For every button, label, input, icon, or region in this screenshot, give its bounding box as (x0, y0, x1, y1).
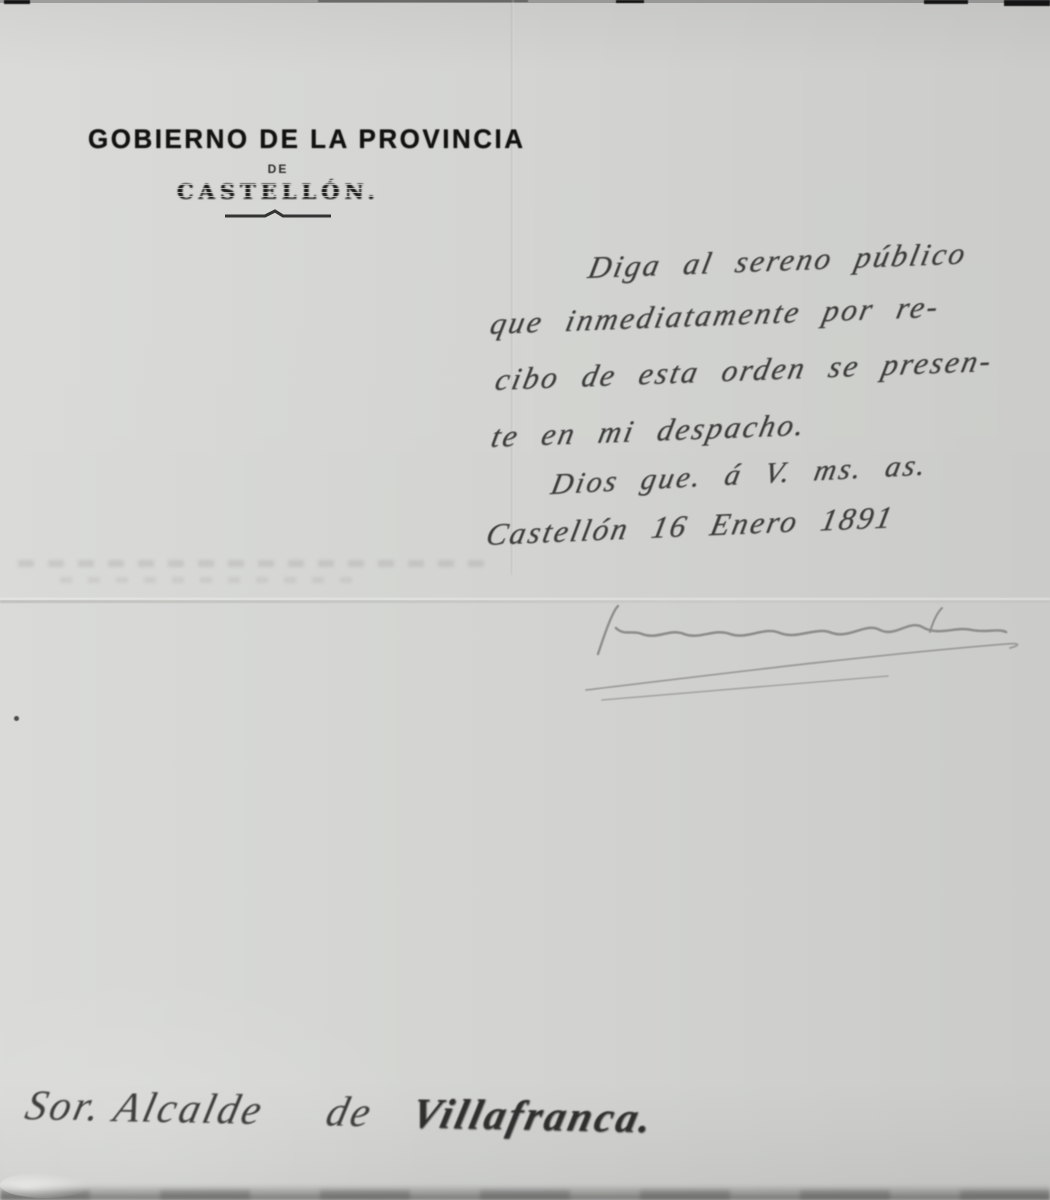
word-gap (260, 1124, 324, 1125)
handwritten-line: que inmediatamente por re- (487, 289, 944, 342)
handwritten-line: Diga al sereno público (585, 236, 971, 286)
scan-edge-mark (924, 0, 968, 4)
valediction-line: Dios gue. á V. ms. as. (548, 449, 931, 502)
addressee-place: Villafranca. (407, 1091, 659, 1142)
scan-edge-mark (4, 0, 30, 4)
letterhead-place: CASTELLÓN. (177, 179, 380, 204)
ink-speck (14, 716, 19, 721)
ink-bleedthrough-smudge (18, 560, 488, 567)
paper-corner-highlight (0, 1172, 90, 1198)
scan-edge-mark (616, 0, 644, 3)
addressee-connector: de (322, 1089, 378, 1136)
letterhead-place-wrap: CASTELLÓN. (177, 179, 380, 204)
vertical-fold-crease (511, 0, 514, 575)
word-gap (370, 1126, 410, 1127)
signature-block (558, 578, 1040, 720)
letterhead-divider-flourish (223, 208, 333, 220)
letterhead: GOBIERNO DE LA PROVINCIA DE CASTELLÓN. (88, 124, 468, 220)
signature-scrawl (558, 578, 1040, 720)
scan-edge-bottom-smudges (0, 1190, 1050, 1200)
letterhead-de: DE (88, 162, 468, 176)
scan-edge-mark (1004, 0, 1050, 6)
scan-edge-mark (318, 0, 528, 2)
handwritten-line: te en mi despacho. (488, 407, 810, 455)
addressee-honorific: Sor. Alcalde (21, 1083, 269, 1134)
dateline: Castellón 16 Enero 1891 (483, 499, 898, 553)
letterhead-org-name: GOBIERNO DE LA PROVINCIA (88, 124, 468, 156)
handwritten-line: cibo de esta orden se presen- (492, 343, 997, 398)
scanned-letter-page: GOBIERNO DE LA PROVINCIA DE CASTELLÓN. D… (0, 0, 1050, 1200)
addressee-line: Sor. AlcaldedeVillafranca. (21, 1082, 789, 1146)
ink-bleedthrough-smudge (60, 577, 360, 583)
